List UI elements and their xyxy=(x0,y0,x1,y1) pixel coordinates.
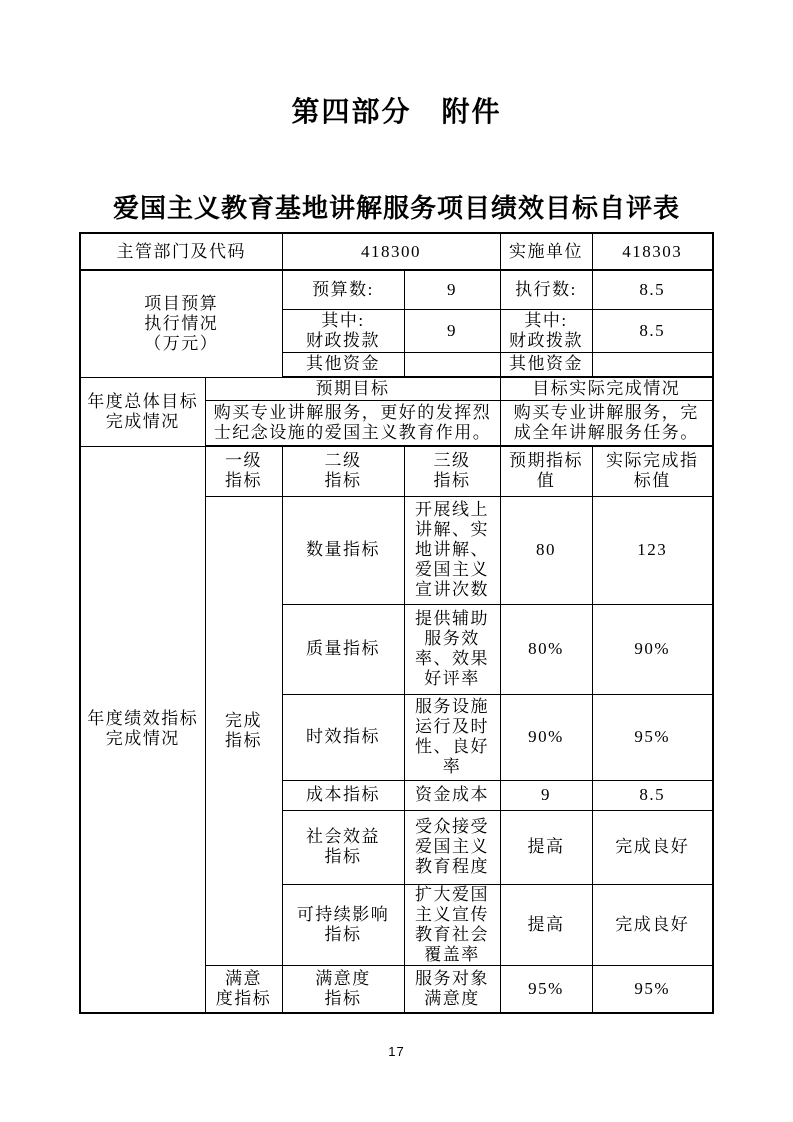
other-funds-exec-label-cell: 其他资金 xyxy=(500,352,592,377)
indicator-level3-cell: 提供辅助 服务效 率、效果 好评率 xyxy=(404,604,500,694)
performance-indicators-label-cell: 年度绩效指标 完成情况 xyxy=(80,446,205,1013)
indicator-level2-cell: 数量指标 xyxy=(282,496,404,604)
table-title: 爱国主义教育基地讲解服务项目绩效目标自评表 xyxy=(0,194,793,224)
table-row: 项目预算 执行情况 （万元） 预算数: 9 执行数: 8.5 xyxy=(80,270,713,309)
indicator-level2-cell: 可持续影响 指标 xyxy=(282,884,404,965)
fiscal-exec-label-cell: 其中: 财政拨款 xyxy=(500,309,592,352)
other-funds-budget-label-cell: 其他资金 xyxy=(282,352,404,377)
indicator-level2-cell: 成本指标 xyxy=(282,780,404,810)
actual-goal-text-cell: 购买专业讲解服务，完 成全年讲解服务任务。 xyxy=(500,400,713,446)
indicator-level2-cell: 满意度 指标 xyxy=(282,965,404,1013)
exec-number-label-cell: 执行数: xyxy=(500,270,592,309)
fiscal-exec-value-cell: 8.5 xyxy=(592,309,713,352)
expected-goal-text-cell: 购买专业讲解服务，更好的发挥烈 士纪念设施的爱国主义教育作用。 xyxy=(205,400,500,446)
indicator-expected-cell: 90% xyxy=(500,694,592,780)
table-row: 年度绩效指标 完成情况 一级 指标 二级 指标 三级 指标 预期指标 值 实际完… xyxy=(80,446,713,496)
indicator-level3-cell: 资金成本 xyxy=(404,780,500,810)
indicator-actual-cell: 90% xyxy=(592,604,713,694)
header-actual-cell: 实际完成指 标值 xyxy=(592,446,713,496)
self-evaluation-table: 主管部门及代码 418300 实施单位 418303 项目预算 执行情况 （万元… xyxy=(79,232,714,1014)
page-number: 17 xyxy=(0,1044,793,1059)
unit-code-cell: 418303 xyxy=(592,233,713,270)
indicator-level2-cell: 社会效益 指标 xyxy=(282,810,404,884)
expected-goal-header-cell: 预期目标 xyxy=(205,377,500,400)
section-title: 第四部分 附件 xyxy=(0,96,793,128)
indicator-level2-cell: 时效指标 xyxy=(282,694,404,780)
dept-label-cell: 主管部门及代码 xyxy=(80,233,282,270)
other-funds-budget-value-cell xyxy=(404,352,500,377)
header-level3-cell: 三级 指标 xyxy=(404,446,500,496)
indicator-actual-cell: 完成良好 xyxy=(592,884,713,965)
header-expected-cell: 预期指标 值 xyxy=(500,446,592,496)
indicator-expected-cell: 80 xyxy=(500,496,592,604)
level1-completion-cell: 完成 指标 xyxy=(205,496,282,965)
indicator-actual-cell: 95% xyxy=(592,694,713,780)
indicator-level3-cell: 受众接受 爱国主义 教育程度 xyxy=(404,810,500,884)
header-level1-cell: 一级 指标 xyxy=(205,446,282,496)
unit-label-cell: 实施单位 xyxy=(500,233,592,270)
indicator-actual-cell: 8.5 xyxy=(592,780,713,810)
indicator-expected-cell: 9 xyxy=(500,780,592,810)
fiscal-budget-value-cell: 9 xyxy=(404,309,500,352)
fiscal-budget-label-cell: 其中: 财政拨款 xyxy=(282,309,404,352)
annual-goal-label-cell: 年度总体目标 完成情况 xyxy=(80,377,205,446)
document-page: 第四部分 附件 爱国主义教育基地讲解服务项目绩效目标自评表 主管部门及代码 41… xyxy=(0,0,793,1122)
header-level2-cell: 二级 指标 xyxy=(282,446,404,496)
indicator-level3-cell: 扩大爱国 主义宣传 教育社会 覆盖率 xyxy=(404,884,500,965)
actual-goal-header-cell: 目标实际完成情况 xyxy=(500,377,713,400)
budget-number-value-cell: 9 xyxy=(404,270,500,309)
indicator-level2-cell: 质量指标 xyxy=(282,604,404,694)
other-funds-exec-value-cell xyxy=(592,352,713,377)
indicator-level3-cell: 服务设施 运行及时 性、良好 率 xyxy=(404,694,500,780)
budget-number-label-cell: 预算数: xyxy=(282,270,404,309)
indicator-level3-cell: 开展线上 讲解、实 地讲解、 爱国主义 宣讲次数 xyxy=(404,496,500,604)
indicator-expected-cell: 提高 xyxy=(500,884,592,965)
level1-satisfaction-cell: 满意 度指标 xyxy=(205,965,282,1013)
indicator-expected-cell: 提高 xyxy=(500,810,592,884)
exec-number-value-cell: 8.5 xyxy=(592,270,713,309)
budget-section-label-cell: 项目预算 执行情况 （万元） xyxy=(80,270,282,377)
dept-code-cell: 418300 xyxy=(282,233,500,270)
indicator-actual-cell: 123 xyxy=(592,496,713,604)
indicator-expected-cell: 80% xyxy=(500,604,592,694)
indicator-actual-cell: 95% xyxy=(592,965,713,1013)
table-row: 主管部门及代码 418300 实施单位 418303 xyxy=(80,233,713,270)
indicator-expected-cell: 95% xyxy=(500,965,592,1013)
indicator-actual-cell: 完成良好 xyxy=(592,810,713,884)
indicator-level3-cell: 服务对象 满意度 xyxy=(404,965,500,1013)
table-row: 年度总体目标 完成情况 预期目标 目标实际完成情况 xyxy=(80,377,713,400)
